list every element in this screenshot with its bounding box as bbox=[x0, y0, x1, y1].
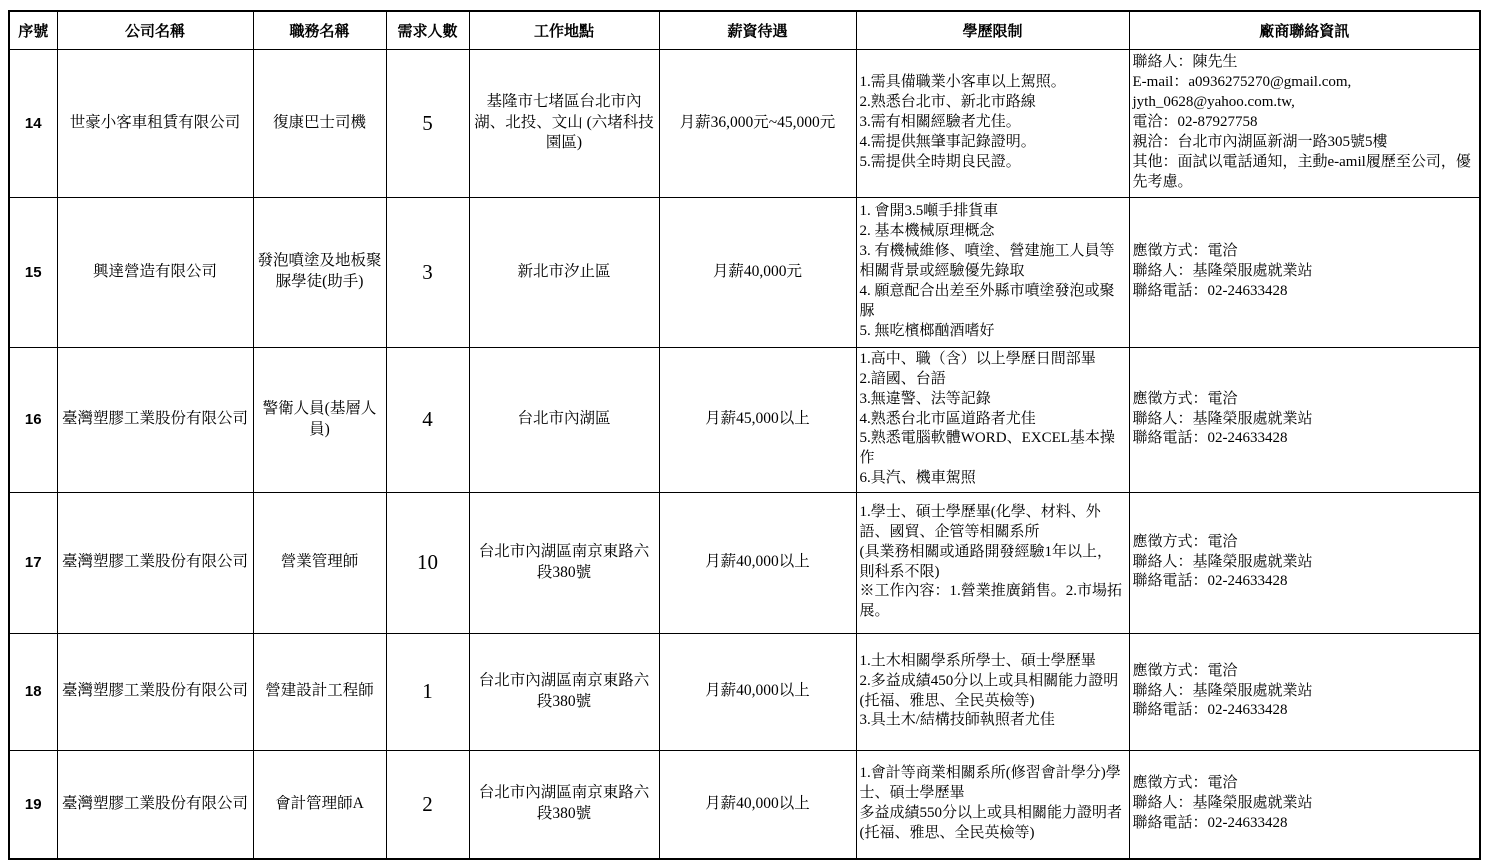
job-listing-sheet: 序號 公司名稱 職務名稱 需求人數 工作地點 薪資待遇 學歷限制 廠商聯絡資訊 … bbox=[0, 0, 1487, 866]
location-cell: 台北市內湖區南京東路六段380號 bbox=[469, 633, 659, 750]
table-row: 14 世豪小客車租賃有限公司 復康巴士司機 5 基隆市七堵區台北市內湖、北投、文… bbox=[9, 49, 1480, 197]
education-cell: 1.土木相關學系所學士、碩士學歷畢 2.多益成績450分以上或具相關能力證明(托… bbox=[856, 633, 1129, 750]
header-job-title: 職務名稱 bbox=[253, 11, 386, 49]
location-cell: 台北市內湖區南京東路六段380號 bbox=[469, 750, 659, 859]
location-cell: 台北市內湖區 bbox=[469, 347, 659, 492]
header-education-requirement: 學歷限制 bbox=[856, 11, 1129, 49]
header-serial: 序號 bbox=[9, 11, 57, 49]
header-headcount: 需求人數 bbox=[386, 11, 469, 49]
table-row: 15 興達營造有限公司 發泡噴塗及地板聚脲學徒(助手) 3 新北市汐止區 月薪4… bbox=[9, 197, 1480, 347]
header-work-location: 工作地點 bbox=[469, 11, 659, 49]
location-cell: 基隆市七堵區台北市內湖、北投、文山 (六堵科技園區) bbox=[469, 49, 659, 197]
headcount-cell: 2 bbox=[386, 750, 469, 859]
header-salary: 薪資待遇 bbox=[659, 11, 856, 49]
salary-cell: 月薪45,000以上 bbox=[659, 347, 856, 492]
headcount-cell: 4 bbox=[386, 347, 469, 492]
table-row: 17 臺灣塑膠工業股份有限公司 營業管理師 10 台北市內湖區南京東路六段380… bbox=[9, 492, 1480, 633]
table-row: 16 臺灣塑膠工業股份有限公司 警衛人員(基層人員) 4 台北市內湖區 月薪45… bbox=[9, 347, 1480, 492]
job-title-cell: 復康巴士司機 bbox=[253, 49, 386, 197]
education-cell: 1.會計等商業相關系所(修習會計學分)學士、碩士學歷畢 多益成績550分以上或具… bbox=[856, 750, 1129, 859]
contact-cell: 應徵方式：電洽 聯絡人：基隆榮服處就業站 聯絡電話：02-24633428 bbox=[1129, 492, 1480, 633]
salary-cell: 月薪40,000以上 bbox=[659, 750, 856, 859]
job-title-cell: 警衛人員(基層人員) bbox=[253, 347, 386, 492]
contact-cell: 應徵方式：電洽 聯絡人：基隆榮服處就業站 聯絡電話：02-24633428 bbox=[1129, 347, 1480, 492]
serial-cell: 14 bbox=[9, 49, 57, 197]
job-title-cell: 營業管理師 bbox=[253, 492, 386, 633]
salary-cell: 月薪40,000以上 bbox=[659, 492, 856, 633]
headcount-cell: 10 bbox=[386, 492, 469, 633]
table-row: 18 臺灣塑膠工業股份有限公司 營建設計工程師 1 台北市內湖區南京東路六段38… bbox=[9, 633, 1480, 750]
education-cell: 1.需具備職業小客車以上駕照。 2.熟悉台北市、新北市路線 3.需有相關經驗者尤… bbox=[856, 49, 1129, 197]
serial-cell: 17 bbox=[9, 492, 57, 633]
location-cell: 台北市內湖區南京東路六段380號 bbox=[469, 492, 659, 633]
headcount-cell: 5 bbox=[386, 49, 469, 197]
job-title-cell: 營建設計工程師 bbox=[253, 633, 386, 750]
company-cell: 世豪小客車租賃有限公司 bbox=[57, 49, 253, 197]
education-cell: 1.高中、職（含）以上學歷日間部畢 2.諳國、台語 3.無違警、法等記錄 4.熟… bbox=[856, 347, 1129, 492]
education-cell: 1.學士、碩士學歷畢(化學、材料、外語、國貿、企管等相關系所 (具業務相關或通路… bbox=[856, 492, 1129, 633]
header-company-name: 公司名稱 bbox=[57, 11, 253, 49]
company-cell: 臺灣塑膠工業股份有限公司 bbox=[57, 633, 253, 750]
education-cell: 1. 會開3.5噸手排貨車 2. 基本機械原理概念 3. 有機械維修、噴塗、營建… bbox=[856, 197, 1129, 347]
headcount-cell: 3 bbox=[386, 197, 469, 347]
job-title-cell: 發泡噴塗及地板聚脲學徒(助手) bbox=[253, 197, 386, 347]
location-cell: 新北市汐止區 bbox=[469, 197, 659, 347]
company-cell: 臺灣塑膠工業股份有限公司 bbox=[57, 347, 253, 492]
serial-cell: 18 bbox=[9, 633, 57, 750]
contact-cell: 應徵方式：電洽 聯絡人：基隆榮服處就業站 聯絡電話：02-24633428 bbox=[1129, 750, 1480, 859]
header-employer-contact: 廠商聯絡資訊 bbox=[1129, 11, 1480, 49]
company-cell: 臺灣塑膠工業股份有限公司 bbox=[57, 750, 253, 859]
salary-cell: 月薪40,000以上 bbox=[659, 633, 856, 750]
headcount-cell: 1 bbox=[386, 633, 469, 750]
company-cell: 臺灣塑膠工業股份有限公司 bbox=[57, 492, 253, 633]
serial-cell: 15 bbox=[9, 197, 57, 347]
salary-cell: 月薪40,000元 bbox=[659, 197, 856, 347]
serial-cell: 19 bbox=[9, 750, 57, 859]
serial-cell: 16 bbox=[9, 347, 57, 492]
contact-cell: 應徵方式：電洽 聯絡人：基隆榮服處就業站 聯絡電話：02-24633428 bbox=[1129, 633, 1480, 750]
job-title-cell: 會計管理師A bbox=[253, 750, 386, 859]
table-header-row: 序號 公司名稱 職務名稱 需求人數 工作地點 薪資待遇 學歷限制 廠商聯絡資訊 bbox=[9, 11, 1480, 49]
salary-cell: 月薪36,000元~45,000元 bbox=[659, 49, 856, 197]
contact-cell: 聯絡人：陳先生 E-mail：a0936275270@gmail.com, jy… bbox=[1129, 49, 1480, 197]
job-listing-table: 序號 公司名稱 職務名稱 需求人數 工作地點 薪資待遇 學歷限制 廠商聯絡資訊 … bbox=[8, 10, 1481, 860]
company-cell: 興達營造有限公司 bbox=[57, 197, 253, 347]
contact-cell: 應徵方式：電洽 聯絡人：基隆榮服處就業站 聯絡電話：02-24633428 bbox=[1129, 197, 1480, 347]
table-row: 19 臺灣塑膠工業股份有限公司 會計管理師A 2 台北市內湖區南京東路六段380… bbox=[9, 750, 1480, 859]
